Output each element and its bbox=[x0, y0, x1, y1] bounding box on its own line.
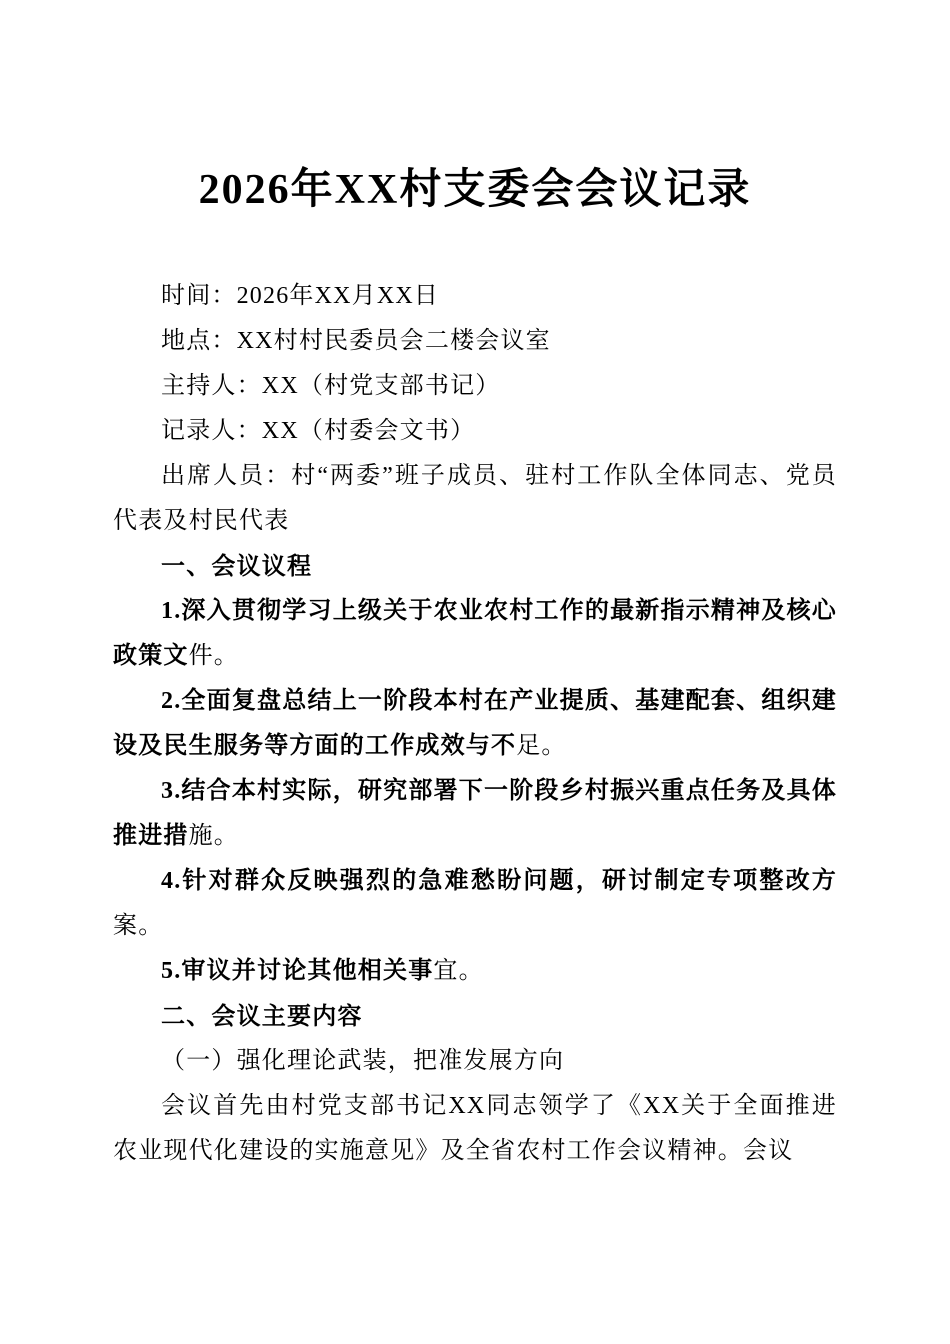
document-content: 2026年XX村支委会会议记录 时间：2026年XX月XX日 地点：XX村村民委… bbox=[113, 164, 837, 1174]
content-heading: 二、会议主要内容 bbox=[113, 994, 837, 1039]
meta-location: 地点：XX村村民委员会二楼会议室 bbox=[113, 319, 837, 364]
agenda-item-2-tail: 足。 bbox=[516, 733, 566, 759]
agenda-heading: 一、会议议程 bbox=[113, 544, 837, 589]
meta-time: 时间：2026年XX月XX日 bbox=[113, 274, 837, 319]
agenda-item-1: 1.深入贯彻学习上级关于农业农村工作的最新指示精神及核心政策文件。 bbox=[113, 589, 837, 679]
meta-recorder: 记录人：XX（村委会文书） bbox=[113, 409, 837, 454]
agenda-item-2: 2.全面复盘总结上一阶段本村在产业提质、基建配套、组织建设及民生服务等方面的工作… bbox=[113, 679, 837, 769]
agenda-item-2-text: 2.全面复盘总结上一阶段本村在产业提质、基建配套、组织建设及民生服务等方面的工作… bbox=[113, 688, 837, 759]
agenda-item-3: 3.结合本村实际，研究部署下一阶段乡村振兴重点任务及具体推进措施。 bbox=[113, 769, 837, 859]
content-paragraph: 会议首先由村党支部书记XX同志领学了《XX关于全面推进农业现代化建设的实施意见》… bbox=[113, 1084, 837, 1174]
content-subheading: （一）强化理论武装，把准发展方向 bbox=[113, 1039, 837, 1084]
meta-host: 主持人：XX（村党支部书记） bbox=[113, 364, 837, 409]
agenda-item-5-tail: 宜。 bbox=[433, 958, 483, 984]
agenda-item-4: 4.针对群众反映强烈的急难愁盼问题，研讨制定专项整改方案。 bbox=[113, 859, 837, 949]
agenda-item-3-tail: 施。 bbox=[189, 823, 239, 849]
agenda-item-4-text: 4.针对群众反映强烈的急难愁盼问题，研讨制定专项整改方 bbox=[161, 868, 837, 894]
agenda-item-4-tail: 案。 bbox=[113, 913, 163, 939]
agenda-item-5-text: 5.审议并讨论其他相关事 bbox=[161, 958, 433, 984]
agenda-item-5: 5.审议并讨论其他相关事宜。 bbox=[113, 949, 837, 994]
meta-attendees: 出席人员：村“两委”班子成员、驻村工作队全体同志、党员代表及村民代表 bbox=[113, 454, 837, 544]
document-title: 2026年XX村支委会会议记录 bbox=[113, 164, 837, 216]
document-page: 2026年XX村支委会会议记录 时间：2026年XX月XX日 地点：XX村村民委… bbox=[0, 0, 950, 1344]
agenda-item-1-tail: 件。 bbox=[189, 643, 239, 669]
